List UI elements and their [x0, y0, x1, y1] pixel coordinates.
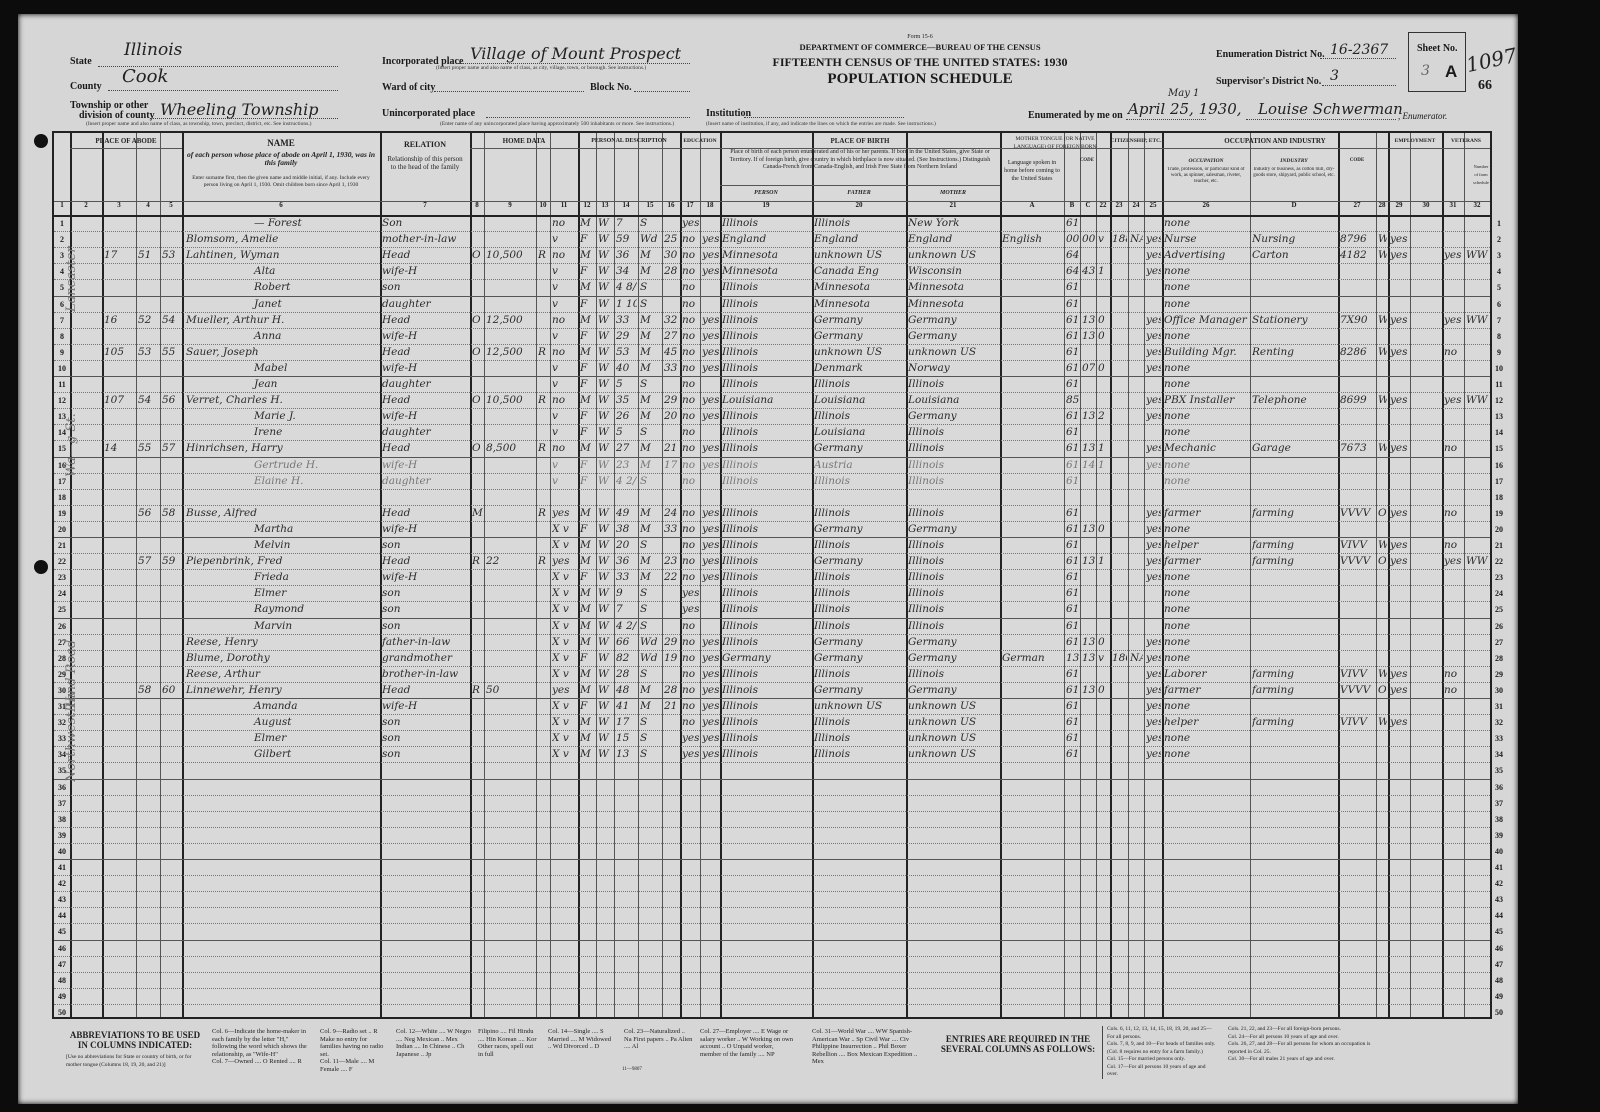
table-row: 175153Lahtinen, WymanHeadO10,500RnoMW36M…: [54, 247, 1490, 263]
line-number-right: 43: [1492, 895, 1506, 904]
cell-school: yes: [682, 215, 699, 231]
cell-read: yes: [702, 408, 719, 424]
cell-name: Blume, Dorothy: [184, 650, 381, 666]
cell-occupation: none: [1164, 279, 1249, 295]
cell-birth-father: Illinois: [814, 537, 905, 553]
cell-english: yes: [1146, 312, 1161, 328]
enumerated-date-note: May 1: [1168, 88, 1199, 99]
cell-race: W: [598, 263, 613, 279]
line-number: 43: [55, 895, 69, 904]
cell-occupation: none: [1164, 650, 1249, 666]
sheet-number-box: Sheet No. 3 A: [1408, 32, 1466, 92]
cell-value: 10,500: [486, 392, 535, 408]
cell-race: W: [598, 553, 613, 569]
column-number: 13: [596, 201, 614, 211]
cell-school: no: [682, 344, 699, 360]
cell-farm: X v: [552, 650, 577, 666]
line-number-right: 49: [1492, 992, 1506, 1001]
abbreviations-note: [Use no abbreviations for State or count…: [66, 1054, 206, 1069]
cell-age-marriage: 17: [664, 457, 679, 473]
cell-farm: v: [552, 457, 577, 473]
cell-war: WW: [1466, 553, 1489, 569]
cell-relation: wife-H: [382, 569, 469, 585]
cell-school: no: [682, 376, 699, 392]
street-name-margin: Lancaster: [64, 222, 80, 312]
cell-occupation: none: [1164, 601, 1249, 617]
cell-relation: son: [382, 279, 469, 295]
cell-school: no: [682, 473, 699, 489]
line-number-right: 32: [1492, 718, 1506, 727]
cell-industry: farming: [1252, 537, 1337, 553]
cell-relation: son: [382, 746, 469, 762]
cell-work: yes: [1390, 553, 1409, 569]
line-number-right: 33: [1492, 734, 1506, 743]
cell-birth-mother: Minnesota: [908, 279, 999, 295]
cell-name: Busse, Alfred: [184, 505, 381, 521]
cell-farm: X v: [552, 634, 577, 650]
column-number: 5: [160, 201, 182, 211]
cell-farm: no: [552, 392, 577, 408]
cell-birth-mother: unknown US: [908, 247, 999, 263]
cell-occupation: none: [1164, 296, 1249, 312]
cell-school: no: [682, 714, 699, 730]
cell-farm: X v: [552, 585, 577, 601]
cell-race: W: [598, 360, 613, 376]
cell-school: yes: [682, 746, 699, 762]
cell-code-a: 61: [1066, 618, 1079, 634]
cell-farm: X v: [552, 746, 577, 762]
cell-radio: R: [538, 344, 549, 360]
cell-work: yes: [1390, 537, 1409, 553]
cell-birth-mother: Germany: [908, 408, 999, 424]
line-number-right: 34: [1492, 750, 1506, 759]
cell-sex: M: [580, 601, 595, 617]
cell-sex: M: [580, 312, 595, 328]
table-row: 1055355Sauer, JosephHeadO12,500RnoMW53M4…: [54, 344, 1490, 360]
cell-owned: R: [472, 682, 483, 698]
cell-marital: M: [640, 360, 661, 376]
line-number-right: 45: [1492, 927, 1506, 936]
cell-birth-father: Germany: [814, 650, 905, 666]
cell-read: yes: [702, 263, 719, 279]
cell-relation: wife-H: [382, 457, 469, 473]
cell-race: W: [598, 279, 613, 295]
cell-birth-person: Illinois: [722, 698, 811, 714]
cell-code-c: 0: [1098, 312, 1109, 328]
cell-house: 16: [104, 312, 135, 328]
line-number-right: 10: [1492, 364, 1506, 373]
cell-dwelling: 52: [138, 312, 159, 328]
cell-age: 4 2/12: [616, 473, 637, 489]
enumerator-name: Louise Schwerman: [1258, 100, 1403, 118]
cell-birth-father: Minnesota: [814, 279, 905, 295]
cell-race: W: [598, 650, 613, 666]
cell-relation: Head: [382, 682, 469, 698]
cell-english: yes: [1146, 231, 1161, 247]
cell-occupation: Laborer: [1164, 666, 1249, 682]
cell-code-a: 61: [1066, 473, 1079, 489]
cell-birth-person: Illinois: [722, 601, 811, 617]
line-number-right: 13: [1492, 412, 1506, 421]
cell-marital: S: [640, 473, 661, 489]
abbr-col23: Col. 23—Naturalized .. Na First papers .…: [624, 1028, 694, 1051]
cell-age-marriage: 24: [664, 505, 679, 521]
cell-code-d: VIVV: [1340, 666, 1375, 682]
cell-birth-person: Illinois: [722, 569, 811, 585]
cell-work: yes: [1390, 682, 1409, 698]
cell-english: yes: [1146, 328, 1161, 344]
form-number: Form 15-6: [820, 34, 1020, 40]
group-veterans: VETERANS: [1442, 137, 1490, 147]
cell-school: no: [682, 457, 699, 473]
cell-birth-father: Austria: [814, 457, 905, 473]
cell-birth-person: Illinois: [722, 521, 811, 537]
cell-sex: M: [580, 505, 595, 521]
cell-code-d: 8796: [1340, 231, 1375, 247]
line-number-right: 41: [1492, 863, 1506, 872]
cell-school: no: [682, 666, 699, 682]
cell-owned: M: [472, 505, 483, 521]
abbr-col11: Col. 11—Male .... M Female .... F: [320, 1058, 386, 1073]
cell-birth-father: Germany: [814, 328, 905, 344]
cell-vet: yes: [1444, 392, 1463, 408]
cell-occupation: Mechanic: [1164, 440, 1249, 456]
cell-english: yes: [1146, 553, 1161, 569]
cell-birth-mother: Illinois: [908, 537, 999, 553]
cell-value: 50: [486, 682, 535, 698]
cell-school: no: [682, 360, 699, 376]
cell-name: Piepenbrink, Fred: [184, 553, 381, 569]
cell-owned: O: [472, 312, 483, 328]
cell-code-d: VVVV: [1340, 682, 1375, 698]
cell-read: yes: [702, 553, 719, 569]
cell-age-marriage: 29: [664, 634, 679, 650]
cell-code-a: 61: [1066, 360, 1079, 376]
table-row: Marie J.wife-HvFW26M20noyesIllinoisIllin…: [54, 408, 1490, 424]
cell-work: yes: [1390, 666, 1409, 682]
cell-race: W: [598, 666, 613, 682]
cell-read: yes: [702, 521, 719, 537]
column-number: B: [1064, 201, 1080, 211]
group-relation: RELATION: [380, 141, 470, 151]
column-number: 29: [1388, 201, 1410, 211]
line-number: 40: [55, 847, 69, 856]
cell-code-a: 61: [1066, 440, 1079, 456]
cell-code-b: 13: [1082, 682, 1095, 698]
cell-race: W: [598, 601, 613, 617]
cell-read: yes: [702, 666, 719, 682]
cell-birth-mother: Illinois: [908, 424, 999, 440]
cell-race: W: [598, 730, 613, 746]
cell-race: W: [598, 215, 613, 231]
line-number-right: 9: [1492, 348, 1506, 357]
cell-marital: S: [640, 714, 661, 730]
line-number: 38: [55, 815, 69, 824]
cell-occupation: none: [1164, 585, 1249, 601]
line-number-right: 31: [1492, 702, 1506, 711]
cell-relation: wife-H: [382, 328, 469, 344]
institution-note: (Insert name of institution, if any, and…: [706, 121, 936, 127]
cell-marital: M: [640, 263, 661, 279]
cell-family: 57: [162, 440, 181, 456]
cell-birth-father: unknown US: [814, 247, 905, 263]
line-number-right: 39: [1492, 831, 1506, 840]
cell-dwelling: 58: [138, 682, 159, 698]
cell-age: 5: [616, 424, 637, 440]
cell-relation: wife-H: [382, 408, 469, 424]
line-number-right: 7: [1492, 316, 1506, 325]
group-education: EDUCATION: [680, 137, 720, 147]
cell-race: W: [598, 585, 613, 601]
line-number-right: 47: [1492, 960, 1506, 969]
cell-marital: M: [640, 408, 661, 424]
cell-vet: no: [1444, 537, 1463, 553]
column-number: 19: [720, 201, 812, 211]
cell-birth-father: Illinois: [814, 746, 905, 762]
cell-name: Linnewehr, Henry: [184, 682, 381, 698]
cell-birth-mother: Illinois: [908, 473, 999, 489]
column-number: 7: [380, 201, 470, 211]
cell-code-a: 61: [1066, 457, 1079, 473]
cell-class: W: [1378, 440, 1387, 456]
cell-code-b: 43: [1082, 263, 1095, 279]
cell-farm: v: [552, 231, 577, 247]
cell-war: WW: [1466, 392, 1489, 408]
cell-marital: S: [640, 537, 661, 553]
cell-birth-mother: Illinois: [908, 376, 999, 392]
cell-birth-person: Illinois: [722, 682, 811, 698]
cell-code-a: 61: [1066, 682, 1079, 698]
table-row: GilbertsonX vMW13SyesyesIllinoisIllinois…: [54, 746, 1490, 762]
cell-read: yes: [702, 247, 719, 263]
cell-code-a: 61: [1066, 714, 1079, 730]
occupation-header: OCCUPATION: [1162, 157, 1250, 165]
cell-relation: wife-H: [382, 360, 469, 376]
cell-class: W: [1378, 312, 1387, 328]
cell-immig: 1866: [1112, 650, 1127, 666]
entries-title: ENTRIES ARE REQUIRED IN THESEVERAL COLUM…: [940, 1034, 1096, 1054]
cell-house: 107: [104, 392, 135, 408]
column-number: 6: [182, 201, 380, 211]
cell-code-a: 61: [1066, 585, 1079, 601]
cell-race: W: [598, 714, 613, 730]
cell-dwelling: 53: [138, 344, 159, 360]
line-number-right: 15: [1492, 444, 1506, 453]
cell-house: 105: [104, 344, 135, 360]
cell-code-a: 61: [1066, 730, 1079, 746]
cell-radio: R: [538, 392, 549, 408]
cell-farm: v: [552, 360, 577, 376]
line-number-right: 6: [1492, 300, 1506, 309]
cell-birth-person: Illinois: [722, 360, 811, 376]
cell-age-marriage: 25: [664, 231, 679, 247]
cell-industry: Garage: [1252, 440, 1337, 456]
cell-code-b: 13: [1082, 634, 1095, 650]
cell-code-a: 61: [1066, 553, 1079, 569]
cell-school: no: [682, 231, 699, 247]
cell-age: 7: [616, 215, 637, 231]
cell-sex: M: [580, 553, 595, 569]
cell-marital: S: [640, 376, 661, 392]
cell-race: W: [598, 634, 613, 650]
cell-occupation: none: [1164, 376, 1249, 392]
birth-person-header: PERSON: [720, 189, 812, 199]
cell-code-a: 61: [1066, 666, 1079, 682]
line-number-right: 5: [1492, 283, 1506, 292]
table-row: 5658Busse, AlfredHeadMRyesMW49M24noyesIl…: [54, 505, 1490, 521]
cell-birth-father: England: [814, 231, 905, 247]
cell-sex: F: [580, 424, 595, 440]
cell-marital: S: [640, 215, 661, 231]
industry-header: INDUSTRY: [1250, 157, 1338, 165]
table-row: ElmersonX vMW9SyesIllinoisIllinoisIllino…: [54, 585, 1490, 601]
cell-read: yes: [702, 231, 719, 247]
cell-vet: no: [1444, 682, 1463, 698]
column-number: 27: [1338, 201, 1376, 211]
entries-right: Cols. 21, 22, and 23—For all foreign-bor…: [1228, 1026, 1378, 1064]
cell-language: German: [1002, 650, 1063, 666]
cell-english: yes: [1146, 360, 1161, 376]
cell-birth-father: Germany: [814, 634, 905, 650]
line-number-right: 35: [1492, 766, 1506, 775]
cell-relation: son: [382, 537, 469, 553]
entries-left: Cols. 6, 11, 12, 13, 14, 15, 18, 19, 20,…: [1102, 1026, 1217, 1079]
cell-occupation: none: [1164, 424, 1249, 440]
state-label: State: [70, 56, 92, 67]
cell-war: WW: [1466, 247, 1489, 263]
cell-age: 20: [616, 537, 637, 553]
cell-race: W: [598, 618, 613, 634]
county-label: County: [70, 81, 102, 92]
cell-code-a: 61: [1066, 344, 1079, 360]
cell-birth-mother: Louisiana: [908, 392, 999, 408]
cell-birth-father: Illinois: [814, 408, 905, 424]
cell-birth-father: Canada Eng: [814, 263, 905, 279]
cell-birth-person: Illinois: [722, 473, 811, 489]
cell-birth-person: Germany: [722, 650, 811, 666]
table-row: Altawife-HvFW34M28noyesMinnesotaCanada E…: [54, 263, 1490, 279]
cell-birth-mother: Illinois: [908, 505, 999, 521]
cell-marital: S: [640, 424, 661, 440]
cell-work: yes: [1390, 714, 1409, 730]
industry-code: CODE: [1338, 157, 1376, 165]
cell-code-b: 14: [1082, 457, 1095, 473]
cell-english: yes: [1146, 537, 1161, 553]
cell-age: 36: [616, 247, 637, 263]
cell-code-c: 0: [1098, 328, 1109, 344]
line-number-right: 44: [1492, 911, 1506, 920]
cell-age-marriage: 30: [664, 247, 679, 263]
cell-class: O: [1378, 553, 1387, 569]
cell-code-d: 8286: [1340, 344, 1375, 360]
street-name-margin: Rand Road: [64, 562, 80, 712]
abbr-col12b: Filipino .... Fil Hindu .... Hin Korean …: [478, 1028, 538, 1058]
line-number-right: 22: [1492, 557, 1506, 566]
cell-read: yes: [702, 682, 719, 698]
cell-code-b: 13: [1082, 553, 1095, 569]
line-number: 46: [55, 944, 69, 953]
supervisor-value: 3: [1330, 68, 1339, 84]
cell-relation: wife-H: [382, 521, 469, 537]
column-number: 26: [1162, 201, 1250, 211]
cell-class: W: [1378, 714, 1387, 730]
abbr-col31: Col. 31—World War .... WW Spanish-Americ…: [812, 1028, 922, 1066]
binder-hole: [34, 134, 48, 148]
cell-code-c: 1: [1098, 553, 1109, 569]
cell-birth-person: Illinois: [722, 618, 811, 634]
cell-sex: F: [580, 650, 595, 666]
cell-value: 8,500: [486, 440, 535, 456]
cell-code-d: VIVV: [1340, 537, 1375, 553]
cell-age: 38: [616, 521, 637, 537]
cell-birth-father: Illinois: [814, 215, 905, 231]
cell-relation: brother-in-law: [382, 666, 469, 682]
table-row: Marthawife-HX vFW38M33noyesIllinoisGerma…: [54, 521, 1490, 537]
cell-english: yes: [1146, 682, 1161, 698]
cell-school: no: [682, 296, 699, 312]
cell-code-d: VIVV: [1340, 714, 1375, 730]
column-number: 9: [484, 201, 536, 211]
line-number-right: 30: [1492, 686, 1506, 695]
cell-birth-father: Illinois: [814, 601, 905, 617]
population-table: PLACE OF ABODENAMEof each person whose p…: [52, 131, 1492, 1019]
cell-industry: Renting: [1252, 344, 1337, 360]
cell-occupation: none: [1164, 521, 1249, 537]
birth-father-header: FATHER: [812, 189, 906, 199]
cell-school: no: [682, 569, 699, 585]
cell-relation: daughter: [382, 296, 469, 312]
cell-code-d: VVVV: [1340, 505, 1375, 521]
cell-sex: M: [580, 247, 595, 263]
cell-birth-person: Illinois: [722, 666, 811, 682]
cell-occupation: none: [1164, 408, 1249, 424]
cell-marital: M: [640, 328, 661, 344]
table-row: MelvinsonX vMW20SnoyesIllinoisIllinoisIl…: [54, 537, 1490, 553]
cell-birth-mother: Illinois: [908, 618, 999, 634]
group-home: HOME DATA: [470, 137, 578, 147]
cell-occupation: none: [1164, 618, 1249, 634]
cell-birth-mother: unknown US: [908, 344, 999, 360]
cell-birth-father: Illinois: [814, 569, 905, 585]
abbr-col12: Col. 12—White .... W Negro .... Neg Mexi…: [396, 1028, 472, 1058]
tongue-desc: Language spoken in home before coming to…: [1002, 159, 1062, 189]
group-name: NAME: [182, 139, 380, 149]
cell-birth-person: Illinois: [722, 424, 811, 440]
cell-code-b: 13: [1082, 521, 1095, 537]
cell-birth-father: Germany: [814, 312, 905, 328]
cell-class: W: [1378, 344, 1387, 360]
cell-school: no: [682, 328, 699, 344]
group-abode: PLACE OF ABODE: [70, 137, 182, 147]
cell-family: 60: [162, 682, 181, 698]
cell-race: W: [598, 682, 613, 698]
cell-school: no: [682, 440, 699, 456]
line-number-right: 48: [1492, 976, 1506, 985]
cell-birth-person: Illinois: [722, 505, 811, 521]
cell-natur: NA: [1130, 231, 1143, 247]
cell-age: 53: [616, 344, 637, 360]
line-number-right: 8: [1492, 332, 1506, 341]
cell-age-marriage: 29: [664, 392, 679, 408]
cell-birth-mother: Illinois: [908, 601, 999, 617]
cell-sex: F: [580, 296, 595, 312]
line-number-right: 12: [1492, 396, 1506, 405]
cell-english: yes: [1146, 698, 1161, 714]
cell-age-marriage: 45: [664, 344, 679, 360]
line-number-right: 29: [1492, 670, 1506, 679]
cell-school: no: [682, 263, 699, 279]
cell-class: W: [1378, 247, 1387, 263]
